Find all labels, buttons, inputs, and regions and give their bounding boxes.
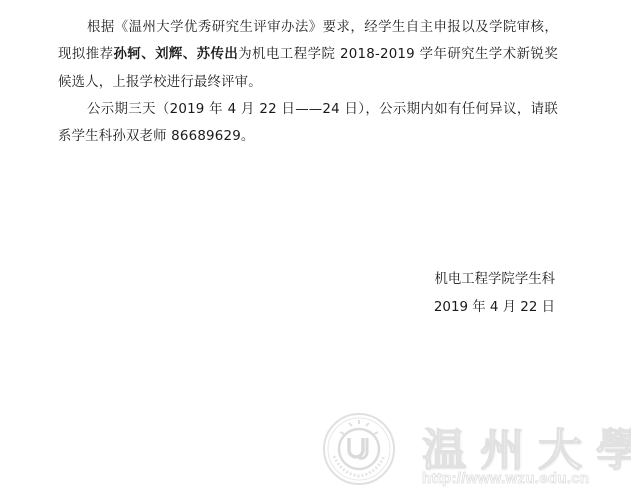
signature-date: 2019 年 4 月 22 日: [400, 298, 555, 318]
university-watermark: 温州大學 http://www.wzu.edu.cn: [322, 412, 622, 492]
paragraph-recommendation: 根据《温州大学优秀研究生评审办法》要求，经学生自主申报以及学院审核，现拟推荐孙轲…: [58, 14, 558, 96]
watermark-title: 温州大學: [422, 414, 631, 478]
university-seal-icon: [322, 412, 396, 486]
paragraph-publicity-period: 公示期三天（2019 年 4 月 22 日——24 日），公示期内如有任何异议，…: [58, 96, 558, 151]
watermark-url: http://www.wzu.edu.cn: [422, 470, 589, 487]
candidate-names: 孙轲、刘辉、苏传出: [113, 47, 238, 62]
notice-body: 根据《温州大学优秀研究生评审办法》要求，经学生自主申报以及学院审核，现拟推荐孙轲…: [58, 14, 558, 150]
signature-department: 机电工程学院学生科: [400, 270, 555, 290]
